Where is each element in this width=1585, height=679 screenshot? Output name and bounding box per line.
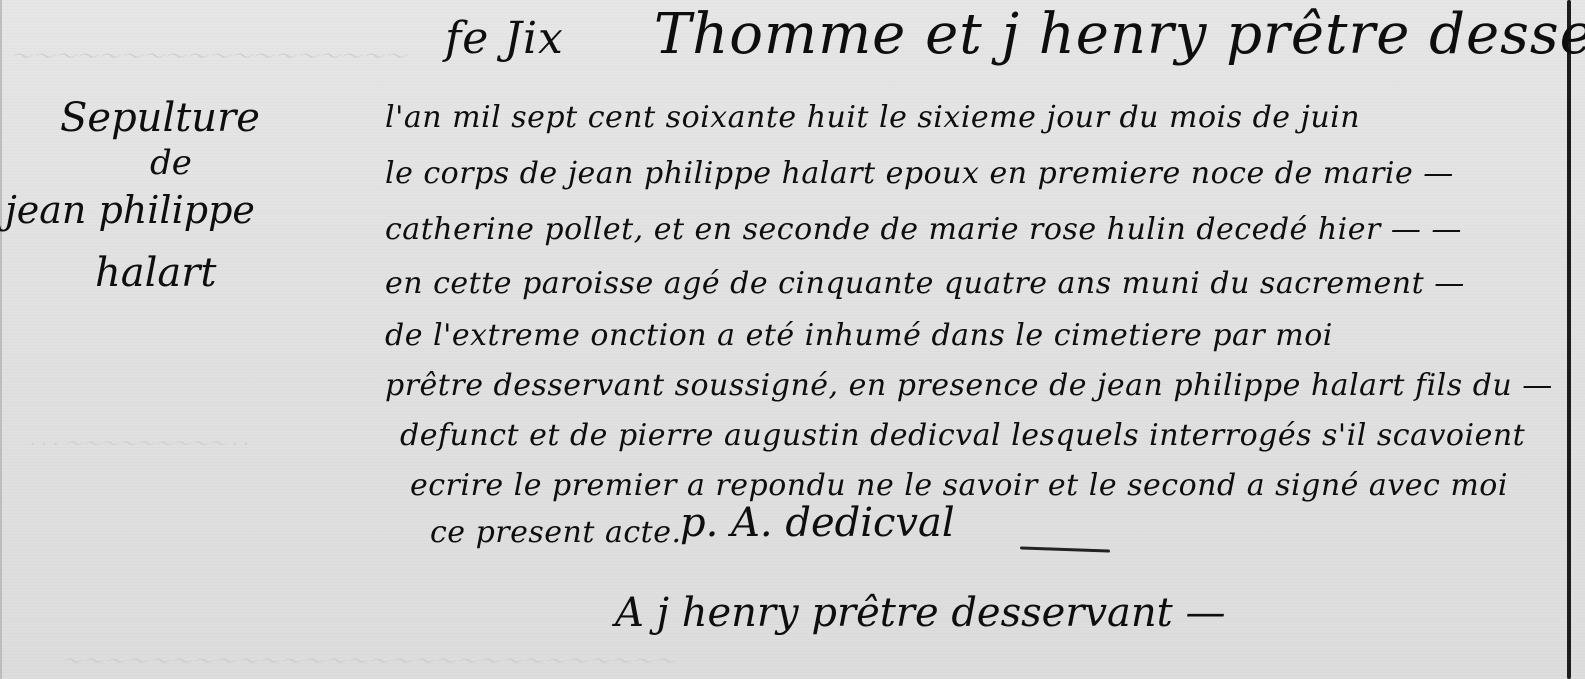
entry-line: l'an mil sept cent soixante huit le sixi…	[385, 100, 1360, 135]
margin-line-first-names: jean philippe	[5, 188, 255, 232]
previous-entry-signatures: fe Jix Thomme et j henry prêtre desserva…	[445, 2, 1585, 67]
margin-line-de: de	[150, 143, 192, 183]
entry-line: ce present acte.	[430, 515, 682, 550]
bleed-through-text: ～～～～～～～～～～～～～～～～～～	[8, 40, 408, 71]
entry-line: prêtre desservant soussigné, en presence…	[385, 368, 1553, 403]
margin-line-sepulture: Sepulture	[60, 95, 260, 141]
entry-line: de l'extreme onction a eté inhumé dans l…	[385, 318, 1333, 353]
right-margin-rule	[1567, 0, 1571, 679]
margin-line-surname: halart	[95, 250, 216, 296]
bleed-through-text: ～～～～～～～～～～～～～～～～～～～～～～～～～～～～	[58, 645, 678, 676]
entry-line: catherine pollet, et en seconde de marie…	[385, 212, 1462, 247]
entry-line: ecrire le premier a repondu ne le savoir…	[410, 468, 1508, 503]
witness-signature-flourish	[1020, 546, 1110, 552]
entry-line: le corps de jean philippe halart epoux e…	[385, 156, 1454, 191]
entry-line: defunct et de pierre augustin dedicval l…	[400, 418, 1525, 453]
witness-signature: p. A. dedicval	[680, 500, 955, 546]
priest-signature: A j henry prêtre desservant —	[615, 590, 1225, 636]
left-page-edge	[0, 0, 2, 679]
previous-entry-names: Thomme et j henry prêtre desservant	[654, 2, 1585, 67]
bleed-through-text: · · · ～～～～～～～～～ · ·	[28, 430, 251, 456]
scanned-register-page: ～～～～～～～～～～～～～～～～～～ · · · ～～～～～～～～～ · · ～…	[0, 0, 1585, 679]
entry-line: en cette paroisse agé de cinquante quatr…	[385, 266, 1465, 301]
previous-entry-closing: fe Jix	[445, 13, 564, 64]
